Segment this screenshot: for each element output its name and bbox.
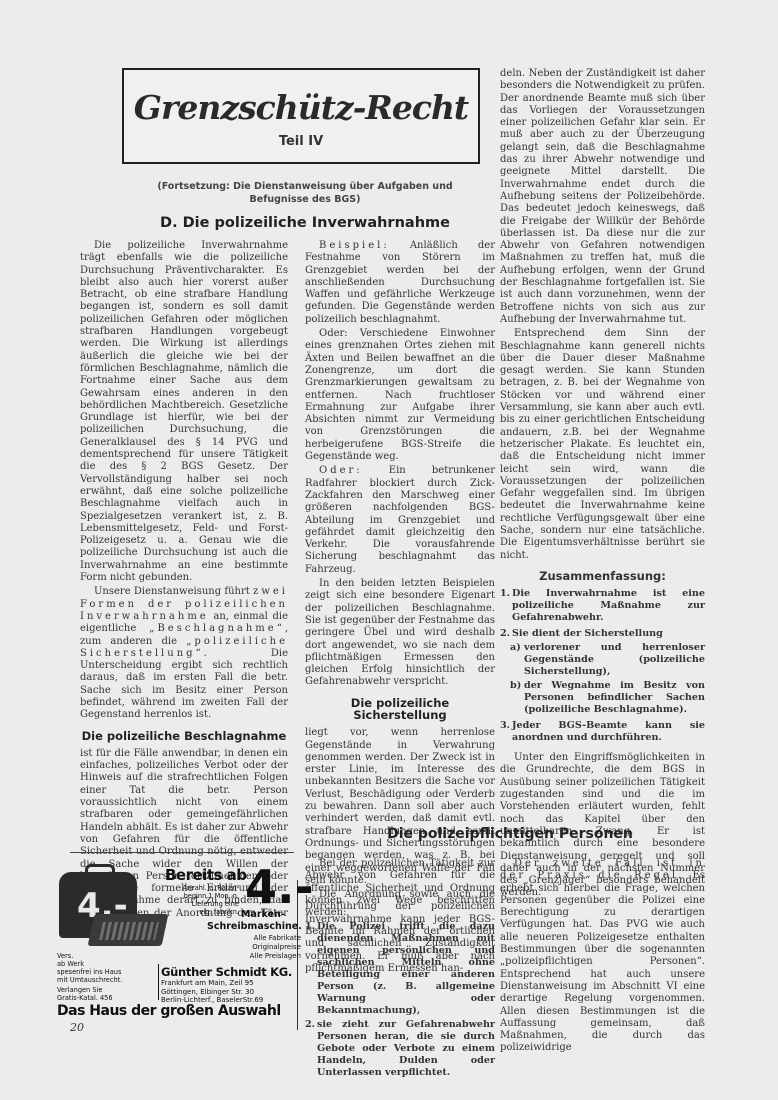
magazine-page: Grenzschütz-Recht Teil IV (Fortsetzung: … (0, 0, 778, 1100)
paragraph: deln. Neben der Zuständigkeit ist daher … (500, 68, 705, 326)
list-item: 2.sie zieht zur Gefahrenabwehr Personen … (305, 1019, 495, 1079)
paragraph: Entsprechend dem Sinn der Beschlagnahme … (500, 328, 705, 562)
ad-addresses: Frankfurt am Main, Zeil 95Göttingen, Elb… (161, 979, 263, 1005)
subheading: Die polizeiliche Beschlagnahme (80, 730, 288, 742)
ad-divider (158, 964, 159, 1000)
column-3: deln. Neben der Zuständigkeit ist daher … (500, 68, 705, 900)
ad-terms: Anzahl. u. Raten-beginn 1 Mon. n.Lieferu… (167, 884, 239, 916)
ways-list: 1.Die Polizei trifft die dazu dienenden … (305, 921, 495, 1079)
ad-shipping: Vers.ab Werkspesenfrei ins Hausmit Umtau… (57, 952, 122, 984)
paragraph: Oder: Ein betrunkener Radfahrer blockier… (305, 465, 495, 576)
summary-subitem: a)verlorener und herrenloser Gegenstände… (510, 642, 705, 678)
subtitle-line-1: (Fortsetzung: Die Dienstanweisung über A… (110, 180, 500, 193)
article-subtitle: (Fortsetzung: Die Dienstanweisung über A… (110, 180, 500, 206)
ad-product-2: Schreibmaschine. (207, 921, 302, 932)
ad-product-1: Marken- (241, 909, 285, 920)
section2-column-left: Bei der polizeilichen Tätigkeit zur Abwe… (305, 858, 495, 1079)
divider (70, 852, 294, 853)
summary-item: 2.Sie dient der Sicherstellung (500, 628, 705, 640)
section-heading: D. Die polizeiliche Inverwahrnahme (110, 215, 500, 231)
page-number: 20 (70, 1021, 84, 1034)
typewriter-keys-icon (99, 922, 159, 940)
paragraph: Der zweite Fall ist in der Praxis die Re… (500, 858, 705, 1055)
paragraph: Unsere Dienstanweisung führt zwei Formen… (80, 586, 288, 721)
paragraph: Beispiel: Anläßlich der Festnahme von St… (305, 240, 495, 326)
article-part: Teil IV (124, 134, 478, 149)
subheading: Die polizeiliche Sicherstellung (305, 697, 495, 722)
summary-title: Zusammenfassung: (500, 570, 705, 582)
title-box: Grenzschütz-Recht Teil IV (122, 68, 480, 164)
ad-headline: Bereits ab (165, 866, 247, 884)
ad-features: Alle FabrikateOriginalpreiseAlle Preisla… (207, 934, 301, 961)
section2-column-right: Der zweite Fall ist in der Praxis die Re… (500, 858, 705, 1055)
section-heading-2: Die polizeipflichtigen Personen (300, 826, 720, 842)
paragraph: Die polizeiliche Inverwahrnahme trägt eb… (80, 240, 288, 584)
article-title: Grenzschütz-Recht (124, 88, 478, 127)
typewriter-advertisement: 4.- Bereits ab 4.- Anzahl. u. Raten-begi… (57, 862, 297, 1022)
summary-list: 1.Die Inverwahrnahme ist eine polizeilic… (500, 588, 705, 744)
ad-catalog: Verlangen SieGratis-Katal. 456 (57, 986, 113, 1002)
paragraph: Oder: Verschiedene Einwohner eines grenz… (305, 328, 495, 463)
subtitle-line-2: Befugnisse des BGS) (110, 193, 500, 206)
ad-big-price: 4.- (245, 864, 314, 910)
paragraph: Bei der polizeilichen Tätigkeit zur Abwe… (305, 858, 495, 919)
summary-item: 1.Die Inverwahrnahme ist eine polizeilic… (500, 588, 705, 624)
list-item: 1.Die Polizei trifft die dazu dienenden … (305, 921, 495, 1017)
paragraph: In den beiden letzten Beispielen zeigt s… (305, 578, 495, 689)
summary-subitem: b)der Wegnahme im Besitz von Personen be… (510, 680, 705, 716)
ad-slogan: Das Haus der großen Auswahl (57, 1003, 281, 1019)
ad-company: Günther Schmidt KG. (161, 965, 292, 979)
summary-item: 3.Jeder BGS-Beamte kann sie anordnen und… (500, 720, 705, 744)
column-1: Die polizeiliche Inverwahrnahme trägt eb… (80, 240, 288, 932)
